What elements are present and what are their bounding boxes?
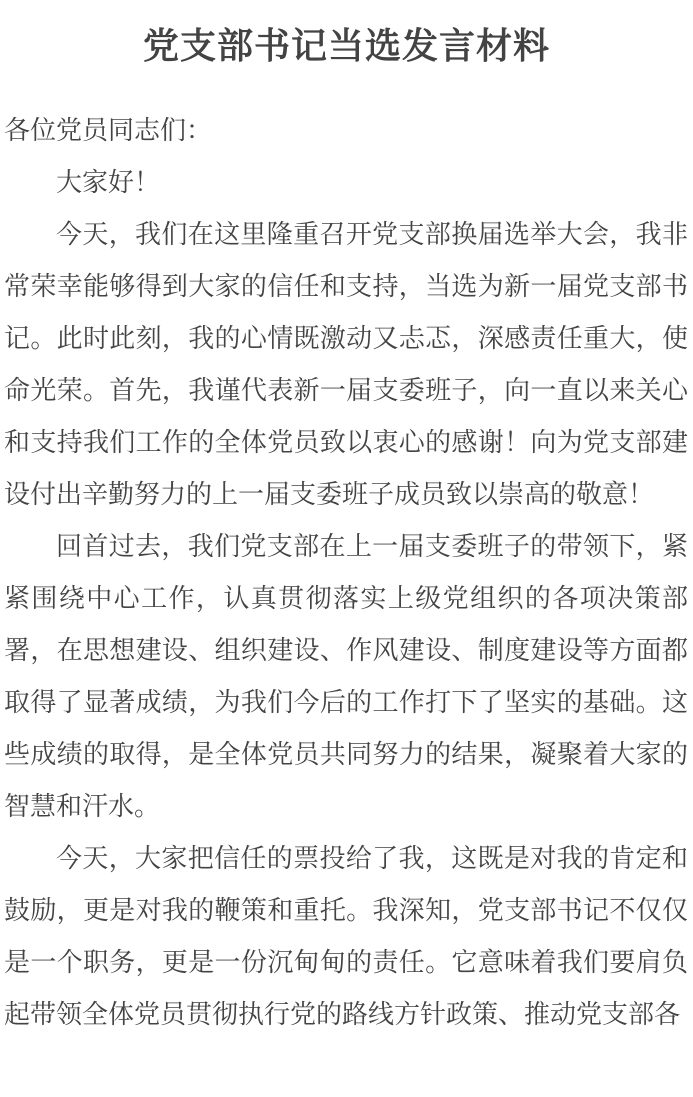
paragraph-election-thanks: 今天，我们在这里隆重召开党支部换届选举大会，我非常荣幸能够得到大家的信任和支持，… [4, 208, 688, 520]
greeting-line: 大家好！ [4, 156, 688, 208]
document-title: 党支部书记当选发言材料 [0, 20, 693, 72]
document-body: 各位党员同志们： 大家好！ 今天，我们在这里隆重召开党支部换届选举大会，我非常荣… [0, 104, 693, 1040]
paragraph-past-review: 回首过去，我们党支部在上一届支委班子的带领下，紧紧围绕中心工作，认真贯彻落实上级… [4, 520, 688, 832]
document-page: 党支部书记当选发言材料 各位党员同志们： 大家好！ 今天，我们在这里隆重召开党支… [0, 0, 693, 1097]
paragraph-responsibility: 今天，大家把信任的票投给了我，这既是对我的肯定和鼓励，更是对我的鞭策和重托。我深… [4, 832, 688, 1040]
salutation-line: 各位党员同志们： [4, 104, 688, 156]
